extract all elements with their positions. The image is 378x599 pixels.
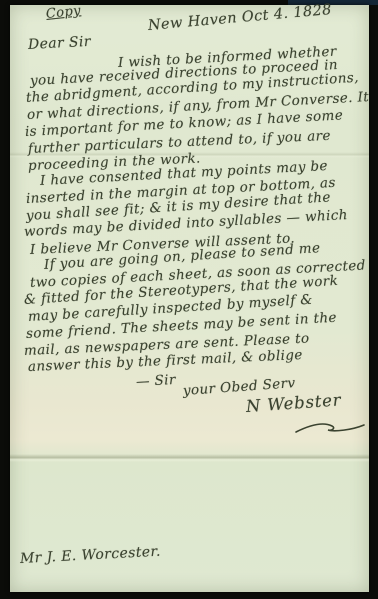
dateline: New Haven Oct 4. 1828	[147, 2, 332, 34]
signature-flourish	[294, 418, 366, 438]
addressee: Mr J. E. Worcester.	[20, 544, 162, 567]
signature: N Webster	[245, 390, 342, 416]
letter-photograph: Copy New Haven Oct 4. 1828 Dear Sir I wi…	[0, 0, 378, 599]
copy-annotation: Copy	[45, 3, 81, 22]
closing-sir: — Sir	[136, 372, 177, 390]
salutation: Dear Sir	[28, 34, 92, 53]
handwriting-layer: Copy New Haven Oct 4. 1828 Dear Sir I wi…	[0, 0, 378, 599]
